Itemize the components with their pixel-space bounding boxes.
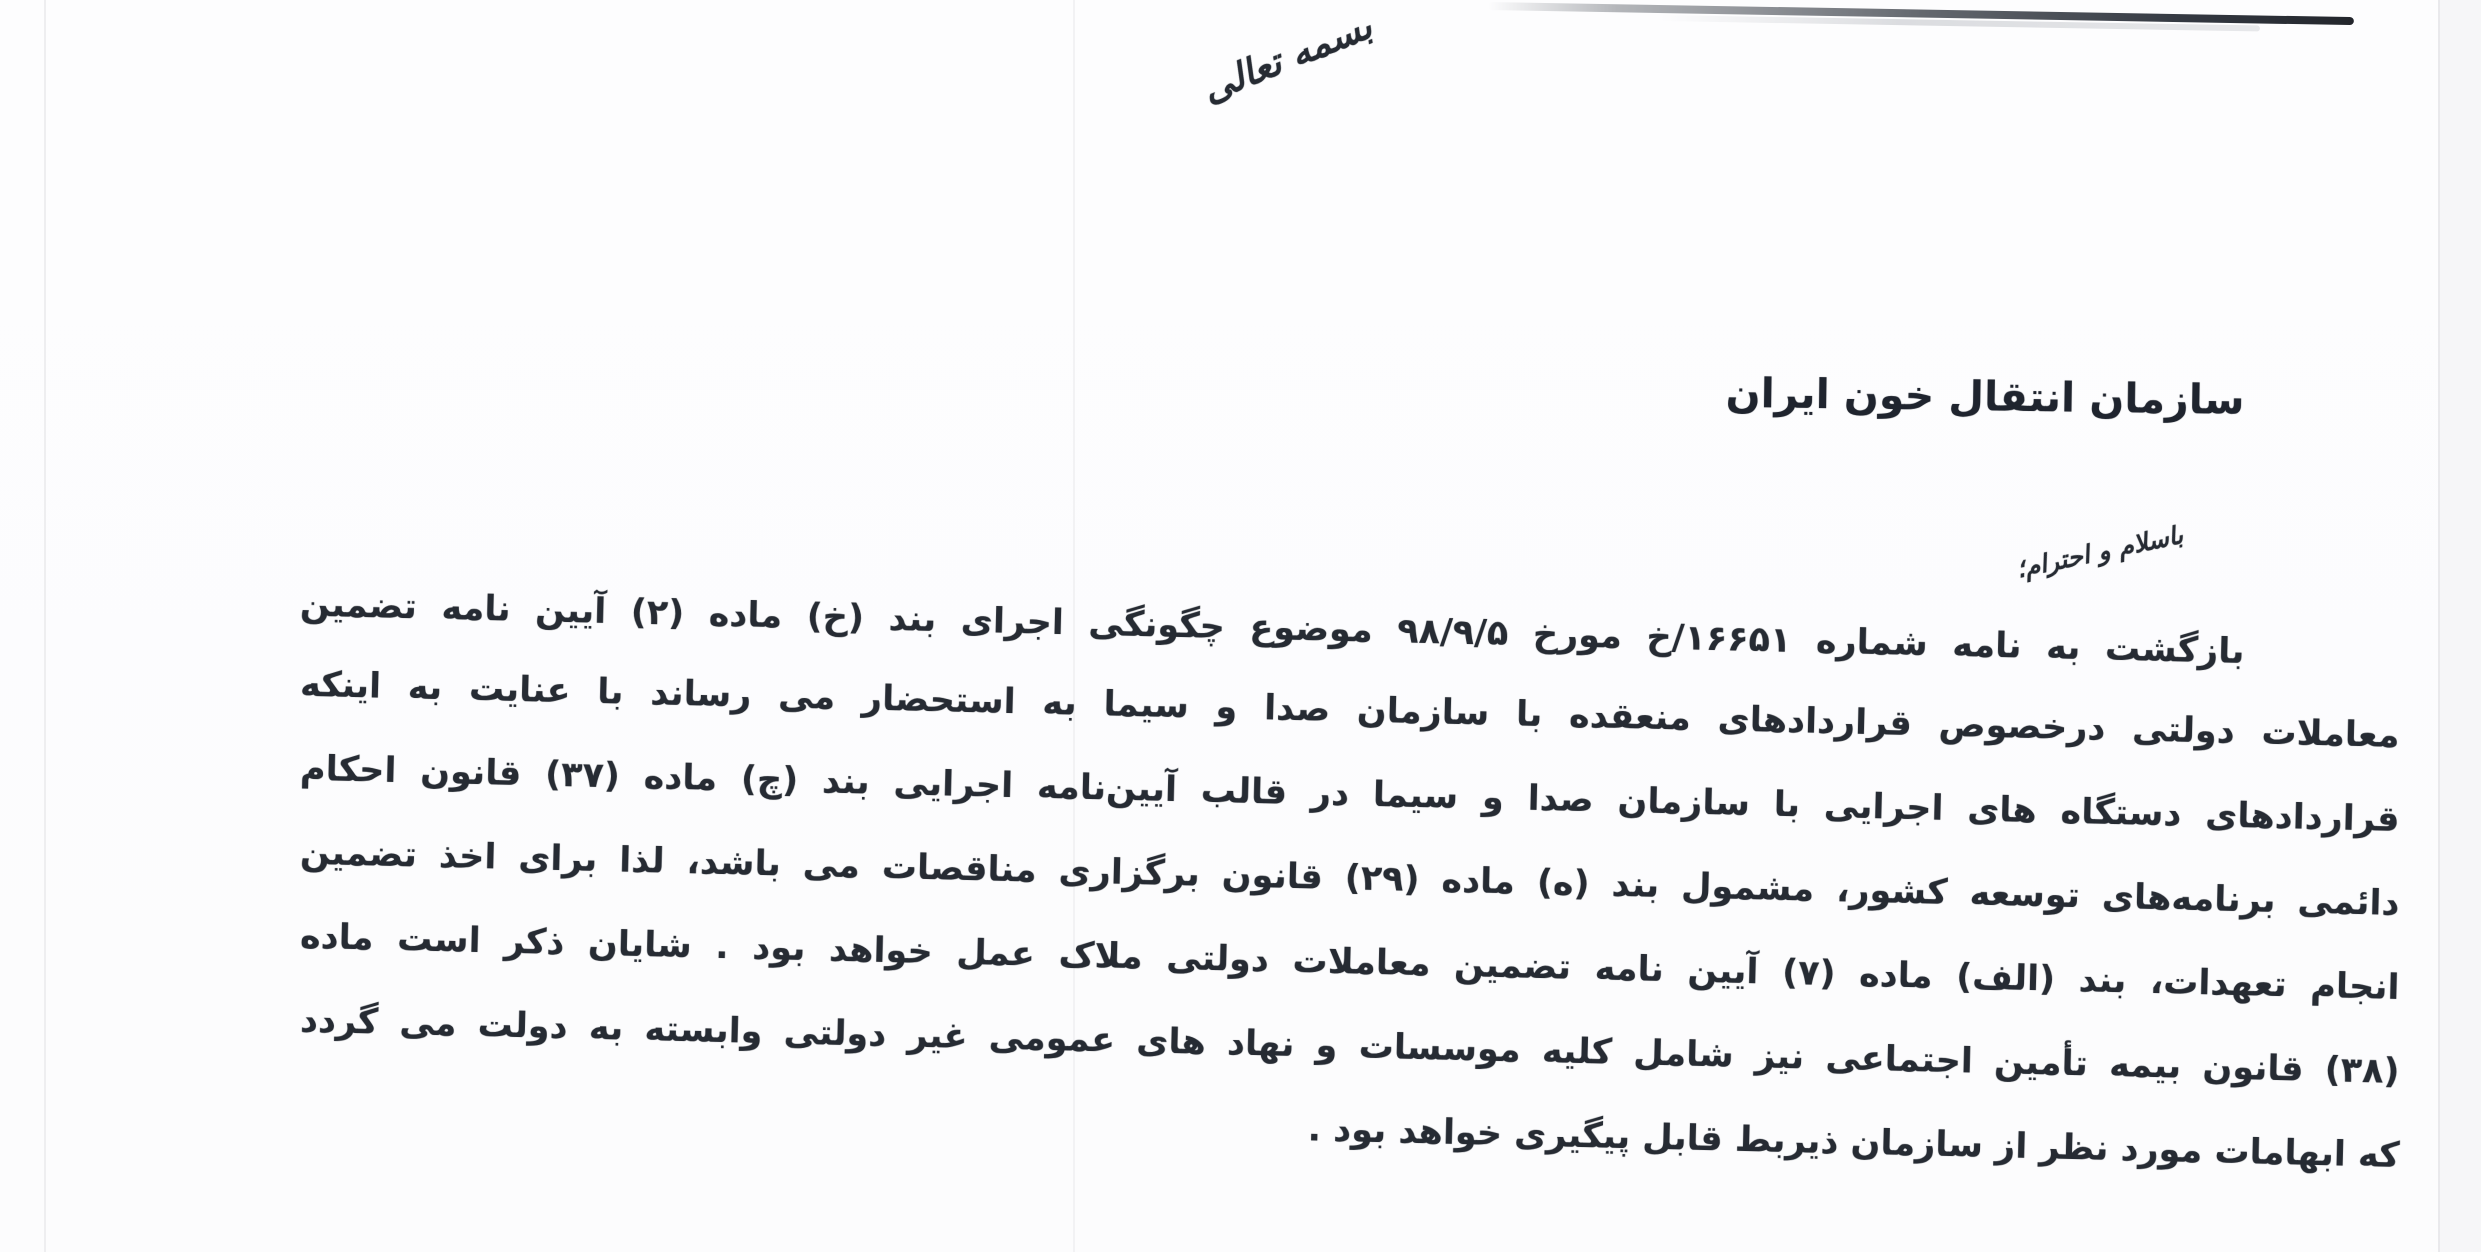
recipient-title: سازمان انتقال خون ایران bbox=[1726, 369, 2245, 424]
scanned-letter-page: بسمه تعالی سازمان انتقال خون ایران باسلا… bbox=[0, 0, 2481, 1252]
body-line-2: معاملات دولتی درخصوص قراردادهای منعقده ب… bbox=[300, 663, 2400, 760]
body-line-5: انجام تعهدات، بند (الف) ماده (۷) آیین نا… bbox=[300, 915, 2400, 1012]
scan-left-fold-line bbox=[44, 0, 46, 1252]
bismillah-calligraphy: بسمه تعالی bbox=[1196, 4, 1378, 111]
scan-right-edge-strip bbox=[2440, 0, 2481, 1252]
body-line-3: قراردادهای دستگاه های اجرایی با سازمان ص… bbox=[300, 747, 2400, 844]
body-line-7: که ابهامات مورد نظر از سازمان ذیربط قابل… bbox=[1307, 1107, 2400, 1179]
salutation-handwriting: باسلام و احترام؛ bbox=[2014, 520, 2186, 584]
body-line-6: (۳۸) قانون بیمه تأمین اجتماعی نیز شامل ک… bbox=[300, 999, 2400, 1096]
body-line-4: دائمی برنامه‌های توسعه کشور، مشمول بند (… bbox=[300, 831, 2400, 928]
body-line-1: بازگشت به نامه شماره ۱۶۶۵۱/خ مورخ ۹۸/۹/۵… bbox=[299, 582, 2245, 675]
